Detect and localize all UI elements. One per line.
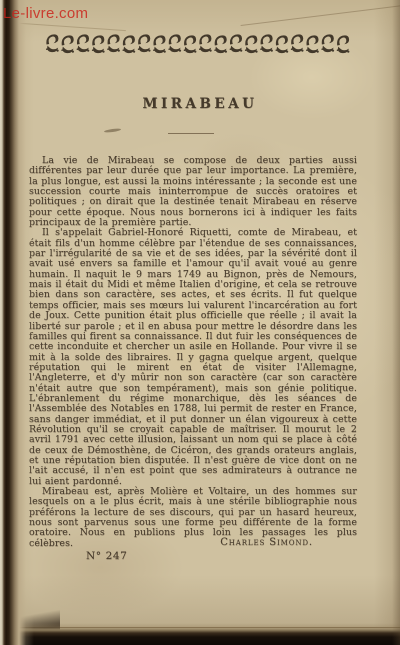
article-body: La vie de Mirabeau se compose de deux pa… [29,156,357,549]
floral-ornament-band [45,31,353,57]
ink-smudge [104,128,121,133]
book-spine-shadow [0,0,34,645]
paper-crease [241,3,400,26]
book-page-photo: MIRABEAU La vie de Mirabeau se compose d… [0,0,400,645]
issue-number: N° 247 [86,550,127,562]
paragraph: Il s'appelait Gabriel-Honoré Riquetti, c… [29,228,357,487]
right-edge-shadow [392,0,400,645]
author-signature: Charles Simond. [29,537,357,548]
title-divider-rule [168,133,214,134]
paragraph: La vie de Mirabeau se compose de deux pa… [29,156,357,228]
page-title: MIRABEAU [0,96,400,112]
book-bottom-edge [0,623,400,645]
book-page: MIRABEAU La vie de Mirabeau se compose d… [0,0,400,645]
site-watermark: Le-livre.com [3,5,88,22]
